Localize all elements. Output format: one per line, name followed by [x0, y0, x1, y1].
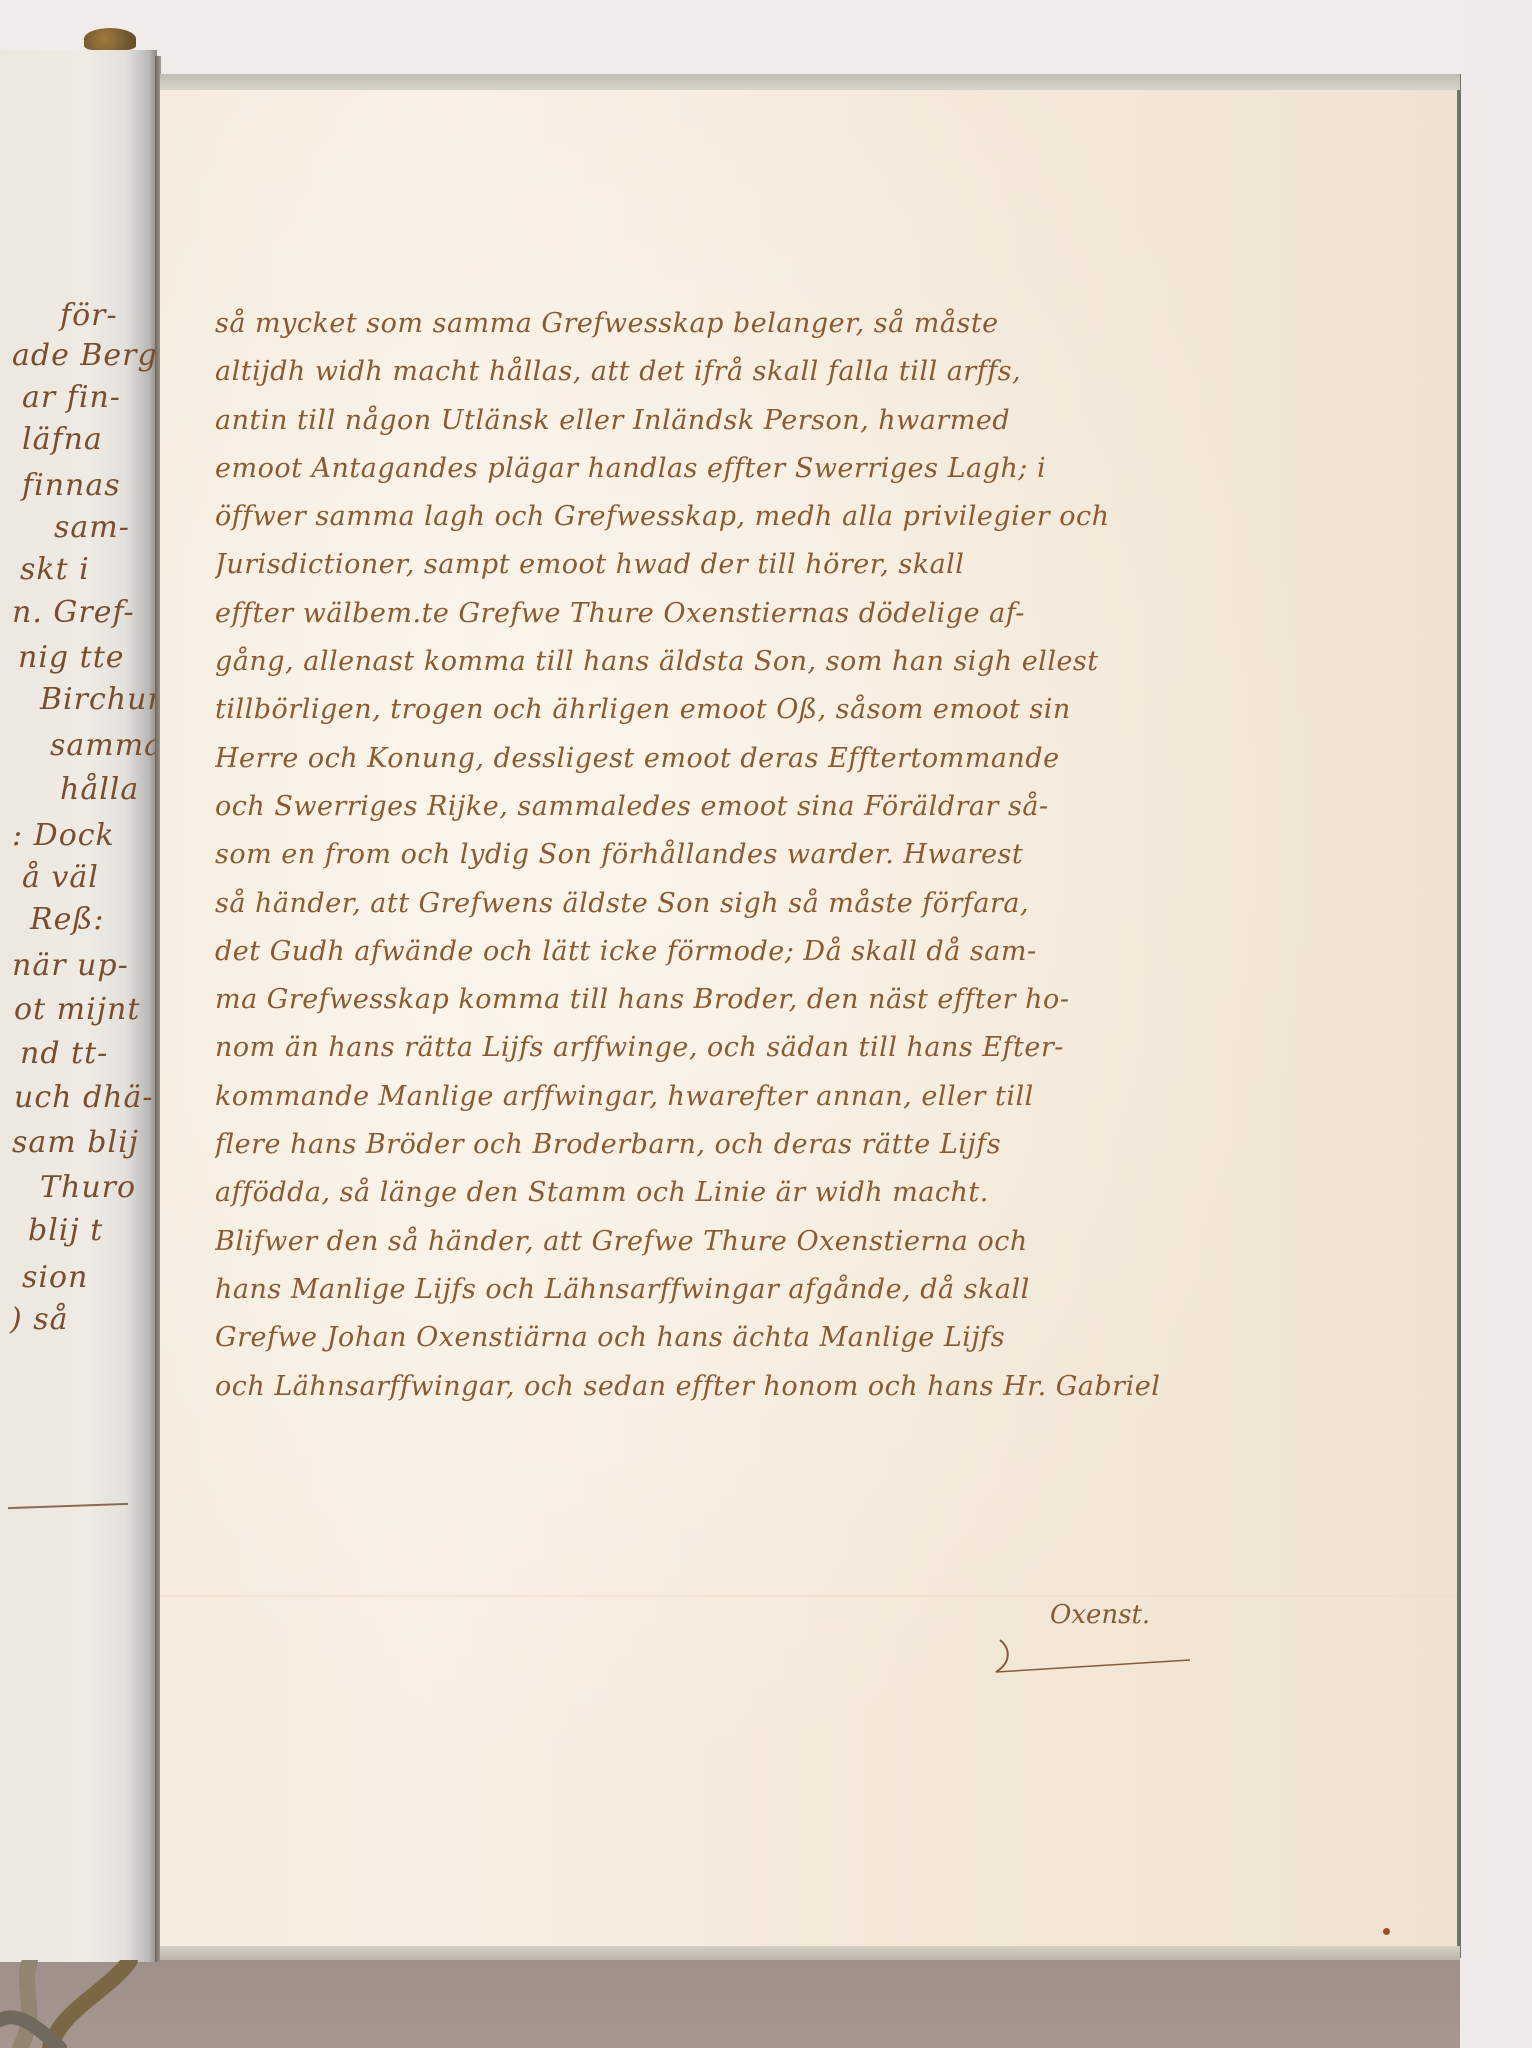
flourish-rule-icon [990, 1600, 1190, 1680]
left-page-line: ade Berg- [12, 338, 157, 373]
left-page-line: ar fin- [22, 380, 121, 415]
left-page-line: sam blij [12, 1125, 139, 1160]
manuscript-text-block: så mycket som samma Grefwesskap belanger… [215, 300, 1185, 1411]
left-page-line: skt i [20, 552, 90, 587]
manuscript-line: affödda, så länge den Stamm och Linie är… [215, 1169, 1185, 1217]
manuscript-line: ma Grefwesskap komma till hans Broder, d… [215, 976, 1185, 1024]
left-page-line: Reß: [30, 902, 105, 937]
paper-fold-line [160, 1595, 1457, 1597]
left-page-line: : Dock [12, 818, 115, 853]
left-page-line: ) så [10, 1302, 69, 1337]
manuscript-line: och Lähnsarffwingar, och sedan effter ho… [215, 1363, 1185, 1411]
left-page-line: Thuro [40, 1170, 136, 1205]
closing-flourish [8, 1503, 128, 1509]
ink-spot [1383, 1928, 1390, 1935]
left-page-line: ot mijnt [14, 992, 140, 1027]
catchword-flourish: Oxenst. [990, 1600, 1190, 1680]
left-page-line: finnas [22, 468, 121, 503]
manuscript-line: Grefwe Johan Oxenstiärna och hans ächta … [215, 1314, 1185, 1362]
manuscript-line: nom än hans rätta Lijfs arffwinge, och s… [215, 1024, 1185, 1072]
left-page-line: blij t [28, 1213, 103, 1248]
left-page-line: sam- [54, 510, 130, 545]
left-page-line: å väl [22, 860, 99, 895]
page-bottom-edge [160, 1946, 1460, 1960]
manuscript-line: effter wälbem.te Grefwe Thure Oxenstiern… [215, 590, 1185, 638]
backdrop [1462, 0, 1532, 2048]
manuscript-line: altijdh widh macht hållas, att det ifrå … [215, 348, 1185, 396]
left-page-line: uch dhä- [14, 1080, 154, 1115]
left-page-line: samma [50, 728, 157, 763]
manuscript-line: öffwer samma lagh och Grefwesskap, medh … [215, 493, 1185, 541]
left-page-line: läfna [22, 422, 103, 457]
manuscript-line: Jurisdictioner, sampt emoot hwad der til… [215, 541, 1185, 589]
left-page-line: n. Gref- [12, 595, 135, 630]
left-page-line: nig tte [18, 640, 125, 675]
left-page-line: för- [60, 298, 118, 333]
page-top-edge [160, 74, 1460, 90]
bookmark-cord-bottom-icon [0, 1960, 140, 2048]
manuscript-line: som en from och lydig Son förhållandes w… [215, 831, 1185, 879]
left-page-line: när up- [12, 948, 129, 983]
manuscript-line: Blifwer den så händer, att Grefwe Thure … [215, 1218, 1185, 1266]
manuscript-line: antin till någon Utlänsk eller Inländsk … [215, 397, 1185, 445]
manuscript-line: så mycket som samma Grefwesskap belanger… [215, 300, 1185, 348]
bookmark-cord-top [84, 28, 136, 50]
manuscript-line: flere hans Bröder och Broderbarn, och de… [215, 1121, 1185, 1169]
backdrop-shadow [0, 1958, 1460, 2048]
manuscript-line: gång, allenast komma till hans äldsta So… [215, 638, 1185, 686]
manuscript-line: så händer, att Grefwens äldste Son sigh … [215, 880, 1185, 928]
left-page-line: nd tt- [20, 1036, 108, 1071]
manuscript-line: kommande Manlige arffwingar, hwarefter a… [215, 1073, 1185, 1121]
manuscript-line: hans Manlige Lijfs och Lähnsarffwingar a… [215, 1266, 1185, 1314]
manuscript-line: emoot Antagandes plägar handlas effter S… [215, 445, 1185, 493]
manuscript-line: Herre och Konung, dessligest emoot deras… [215, 735, 1185, 783]
left-page-line: hålla [60, 772, 139, 807]
manuscript-line: tillbörligen, trogen och ährligen emoot … [215, 686, 1185, 734]
left-page-line: sion [22, 1260, 88, 1295]
manuscript-line: det Gudh afwände och lätt icke förmode; … [215, 928, 1185, 976]
left-page-line: Birchun- [40, 682, 157, 717]
manuscript-line: och Swerriges Rijke, sammaledes emoot si… [215, 783, 1185, 831]
left-facing-page: för-ade Berg-ar fin-läfnafinnassam-skt i… [0, 50, 157, 1962]
